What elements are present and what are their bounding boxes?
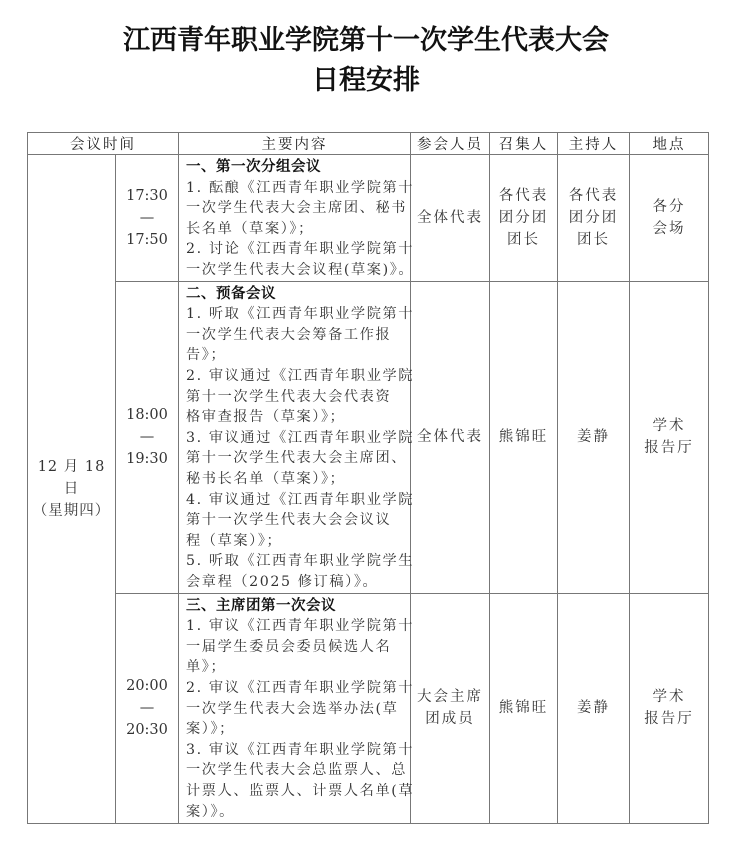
header-attendees: 参会人员 (411, 133, 490, 155)
time-end: 17:50 (116, 229, 178, 251)
content-cell: 一、第一次分组会议 1. 酝酿《江西青年职业学院第十 一次学生代表大会主席团、秘… (179, 155, 411, 282)
content-line: 第十一次学生代表大会代表资 (186, 387, 410, 408)
header-row: 会议时间 主要内容 参会人员 召集人 主持人 地点 (28, 133, 709, 155)
host-text: 各代表 (558, 185, 629, 207)
content-line: 5. 听取《江西青年职业学院学生 (186, 551, 410, 572)
content-line: 第十一次学生代表大会会议议 (186, 510, 410, 531)
location-text: 学术 (630, 686, 708, 708)
convener-cell: 熊锦旺 (490, 281, 558, 593)
content-line: 案）》。 (186, 802, 410, 823)
time-cell: 17:30 — 17:50 (116, 155, 179, 282)
content-line: 秘书长名单（草案）》； (186, 469, 410, 490)
location-text: 报告厅 (630, 708, 708, 730)
header-location: 地点 (630, 133, 709, 155)
content-line: 会章程（2025 修订稿）》。 (186, 572, 410, 593)
date-cell: 12 月 18 日 （星期四） (28, 155, 116, 824)
convener-text: 各代表 (490, 185, 557, 207)
convener-text: 熊锦旺 (490, 426, 557, 448)
time-start: 17:30 (116, 185, 178, 207)
content-line: 一次学生代表大会总监票人、总 (186, 760, 410, 781)
host-text: 姜静 (558, 697, 629, 719)
section-title: 一、第一次分组会议 (186, 157, 410, 178)
location-cell: 各分 会场 (630, 155, 709, 282)
attendees-cell: 全体代表 (411, 155, 490, 282)
table-row: 12 月 18 日 （星期四） 17:30 — 17:50 一、第一次分组会议 … (28, 155, 709, 282)
content-cell: 二、预备会议 1. 听取《江西青年职业学院第十 一次学生代表大会筹备工作报 告》… (179, 281, 411, 593)
location-text: 各分 (630, 196, 708, 218)
location-cell: 学术 报告厅 (630, 281, 709, 593)
content-line: 4. 审议通过《江西青年职业学院 (186, 490, 410, 511)
content-line: 3. 审议《江西青年职业学院第十 (186, 740, 410, 761)
content-line: 1. 听取《江西青年职业学院第十 (186, 304, 410, 325)
document-subtitle: 日程安排 (0, 58, 732, 97)
weekday-text: （星期四） (28, 500, 115, 522)
convener-text: 团分团 (490, 207, 557, 229)
host-text: 团分团 (558, 207, 629, 229)
host-cell: 姜静 (558, 593, 630, 823)
convener-text: 熊锦旺 (490, 697, 557, 719)
content-line: 计票人、监票人、计票人名单(草 (186, 781, 410, 802)
content-line: 2. 讨论《江西青年职业学院第十 (186, 239, 410, 260)
header-time: 会议时间 (28, 133, 179, 155)
attendees-text: 团成员 (411, 708, 489, 730)
document-title: 江西青年职业学院第十一次学生代表大会 (0, 18, 732, 57)
content-line: 2. 审议通过《江西青年职业学院 (186, 366, 410, 387)
time-end: 20:30 (116, 719, 178, 741)
content-line: 一次学生代表大会选举办法(草 (186, 699, 410, 720)
convener-cell: 熊锦旺 (490, 593, 558, 823)
host-text: 团长 (558, 229, 629, 251)
time-cell: 20:00 — 20:30 (116, 593, 179, 823)
convener-cell: 各代表 团分团 团长 (490, 155, 558, 282)
content-cell: 三、主席团第一次会议 1. 审议《江西青年职业学院第十 一届学生委员会委员候选人… (179, 593, 411, 823)
location-cell: 学术 报告厅 (630, 593, 709, 823)
content-line: 一次学生代表大会议程(草案)》。 (186, 260, 410, 281)
attendees-text: 大会主席 (411, 686, 489, 708)
time-separator: — (116, 207, 178, 229)
header-convener: 召集人 (490, 133, 558, 155)
table-row: 20:00 — 20:30 三、主席团第一次会议 1. 审议《江西青年职业学院第… (28, 593, 709, 823)
attendees-cell: 全体代表 (411, 281, 490, 593)
header-content: 主要内容 (179, 133, 411, 155)
location-text: 会场 (630, 218, 708, 240)
content-line: 第十一次学生代表大会主席团、 (186, 448, 410, 469)
time-end: 19:30 (116, 448, 178, 470)
time-separator: — (116, 697, 178, 719)
content-line: 一次学生代表大会主席团、秘书 (186, 198, 410, 219)
host-cell: 姜静 (558, 281, 630, 593)
content-line: 一次学生代表大会筹备工作报 (186, 325, 410, 346)
attendees-text: 全体代表 (411, 426, 489, 448)
attendees-cell: 大会主席 团成员 (411, 593, 490, 823)
location-text: 学术 (630, 415, 708, 437)
content-line: 2. 审议《江西青年职业学院第十 (186, 678, 410, 699)
header-host: 主持人 (558, 133, 630, 155)
time-start: 20:00 (116, 675, 178, 697)
content-line: 格审查报告（草案）》； (186, 407, 410, 428)
content-line: 1. 审议《江西青年职业学院第十 (186, 616, 410, 637)
table-row: 18:00 — 19:30 二、预备会议 1. 听取《江西青年职业学院第十 一次… (28, 281, 709, 593)
content-line: 3. 审议通过《江西青年职业学院 (186, 428, 410, 449)
time-start: 18:00 (116, 404, 178, 426)
content-line: 一届学生委员会委员候选人名 (186, 637, 410, 658)
time-cell: 18:00 — 19:30 (116, 281, 179, 593)
content-line: 1. 酝酿《江西青年职业学院第十 (186, 178, 410, 199)
host-cell: 各代表 团分团 团长 (558, 155, 630, 282)
content-line: 程（草案）》； (186, 531, 410, 552)
date-text: 12 月 18 日 (28, 456, 115, 500)
schedule-table: 会议时间 主要内容 参会人员 召集人 主持人 地点 12 月 18 日 （星期四… (27, 132, 709, 824)
convener-text: 团长 (490, 229, 557, 251)
location-text: 报告厅 (630, 437, 708, 459)
content-line: 案）》； (186, 719, 410, 740)
content-line: 长名单（草案）》； (186, 219, 410, 240)
time-separator: — (116, 426, 178, 448)
content-line: 告》； (186, 345, 410, 366)
host-text: 姜静 (558, 426, 629, 448)
attendees-text: 全体代表 (411, 207, 489, 229)
section-title: 二、预备会议 (186, 284, 410, 305)
section-title: 三、主席团第一次会议 (186, 596, 410, 617)
content-line: 单》； (186, 657, 410, 678)
